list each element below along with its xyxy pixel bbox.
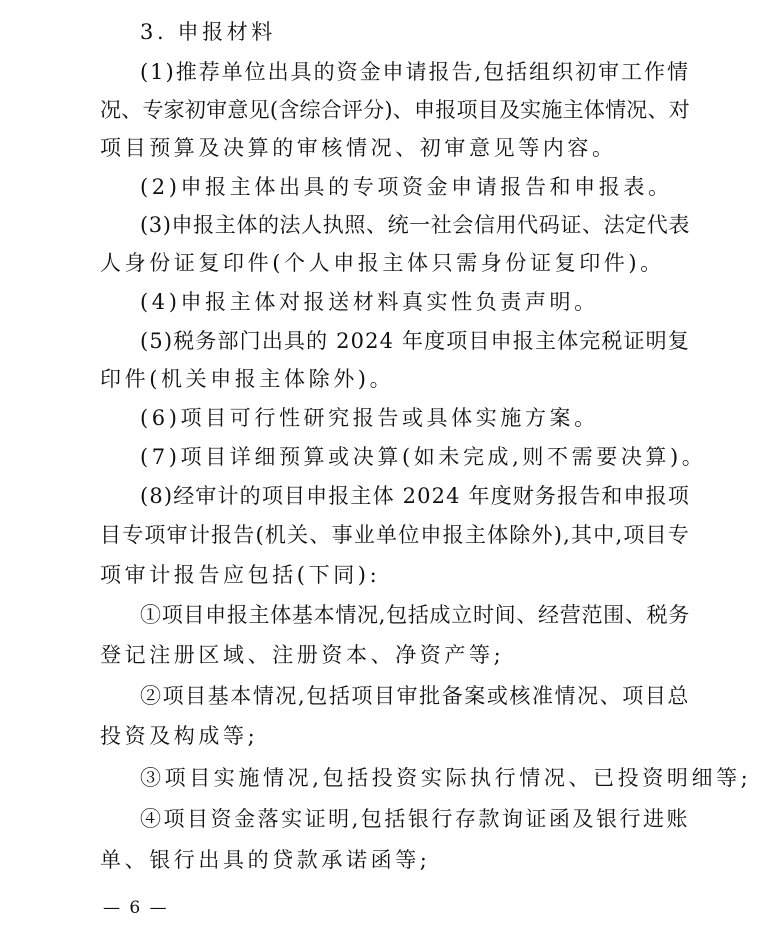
text-line: 人身份证复印件(个人申报主体只需身份证复印件)。 [100, 251, 665, 275]
text-line: 项审计报告应包括(下同): [100, 563, 380, 587]
text-line: 况、专家初审意见(含综合评分)、申报项目及实施主体情况、对 [100, 98, 690, 122]
text-line: (2)申报主体出具的专项资金申请报告和申报表。 [140, 175, 673, 199]
text-line: 登记注册区域、注册资本、净资产等; [100, 643, 504, 667]
text-line: ④项目资金落实证明,包括银行存款询证函及银行进账 [140, 807, 690, 831]
text-line: ②项目基本情况,包括项目审批备案或核准情况、项目总 [140, 684, 690, 708]
text-line: (3)申报主体的法人执照、统一社会信用代码证、法定代表 [140, 213, 690, 237]
text-line: 印件(机关申报主体除外)。 [100, 367, 394, 391]
text-line: (5)税务部门出具的 2024 年度项目申报主体完税证明复 [140, 329, 690, 353]
text-line: 目专项审计报告(机关、事业单位申报主体除外),其中,项目专 [100, 523, 690, 547]
text-line: ③项目实施情况,包括投资实际执行情况、已投资明细等; [140, 766, 751, 790]
text-line: 投资及构成等; [100, 724, 258, 748]
text-line: (8)经审计的项目申报主体 2024 年度财务报告和申报项 [140, 484, 690, 508]
text-line: 项目预算及决算的审核情况、初审意见等内容。 [100, 136, 617, 160]
section-heading: 3. 申报材料 [140, 20, 276, 44]
text-line: ①项目申报主体基本情况,包括成立时间、经营范围、税务 [140, 603, 690, 627]
text-line: (6)项目可行性研究报告或具体实施方案。 [140, 406, 599, 430]
text-line: (7)项目详细预算或决算(如未完成,则不需要决算)。 [140, 445, 706, 469]
text-line: 单、银行出具的贷款承诺函等; [100, 848, 430, 872]
text-line: (4)申报主体对报送材料真实性负责声明。 [140, 290, 599, 314]
page-number: — 6 — [103, 898, 169, 918]
text-line: (1)推荐单位出具的资金申请报告,包括组织初审工作情 [140, 60, 690, 84]
